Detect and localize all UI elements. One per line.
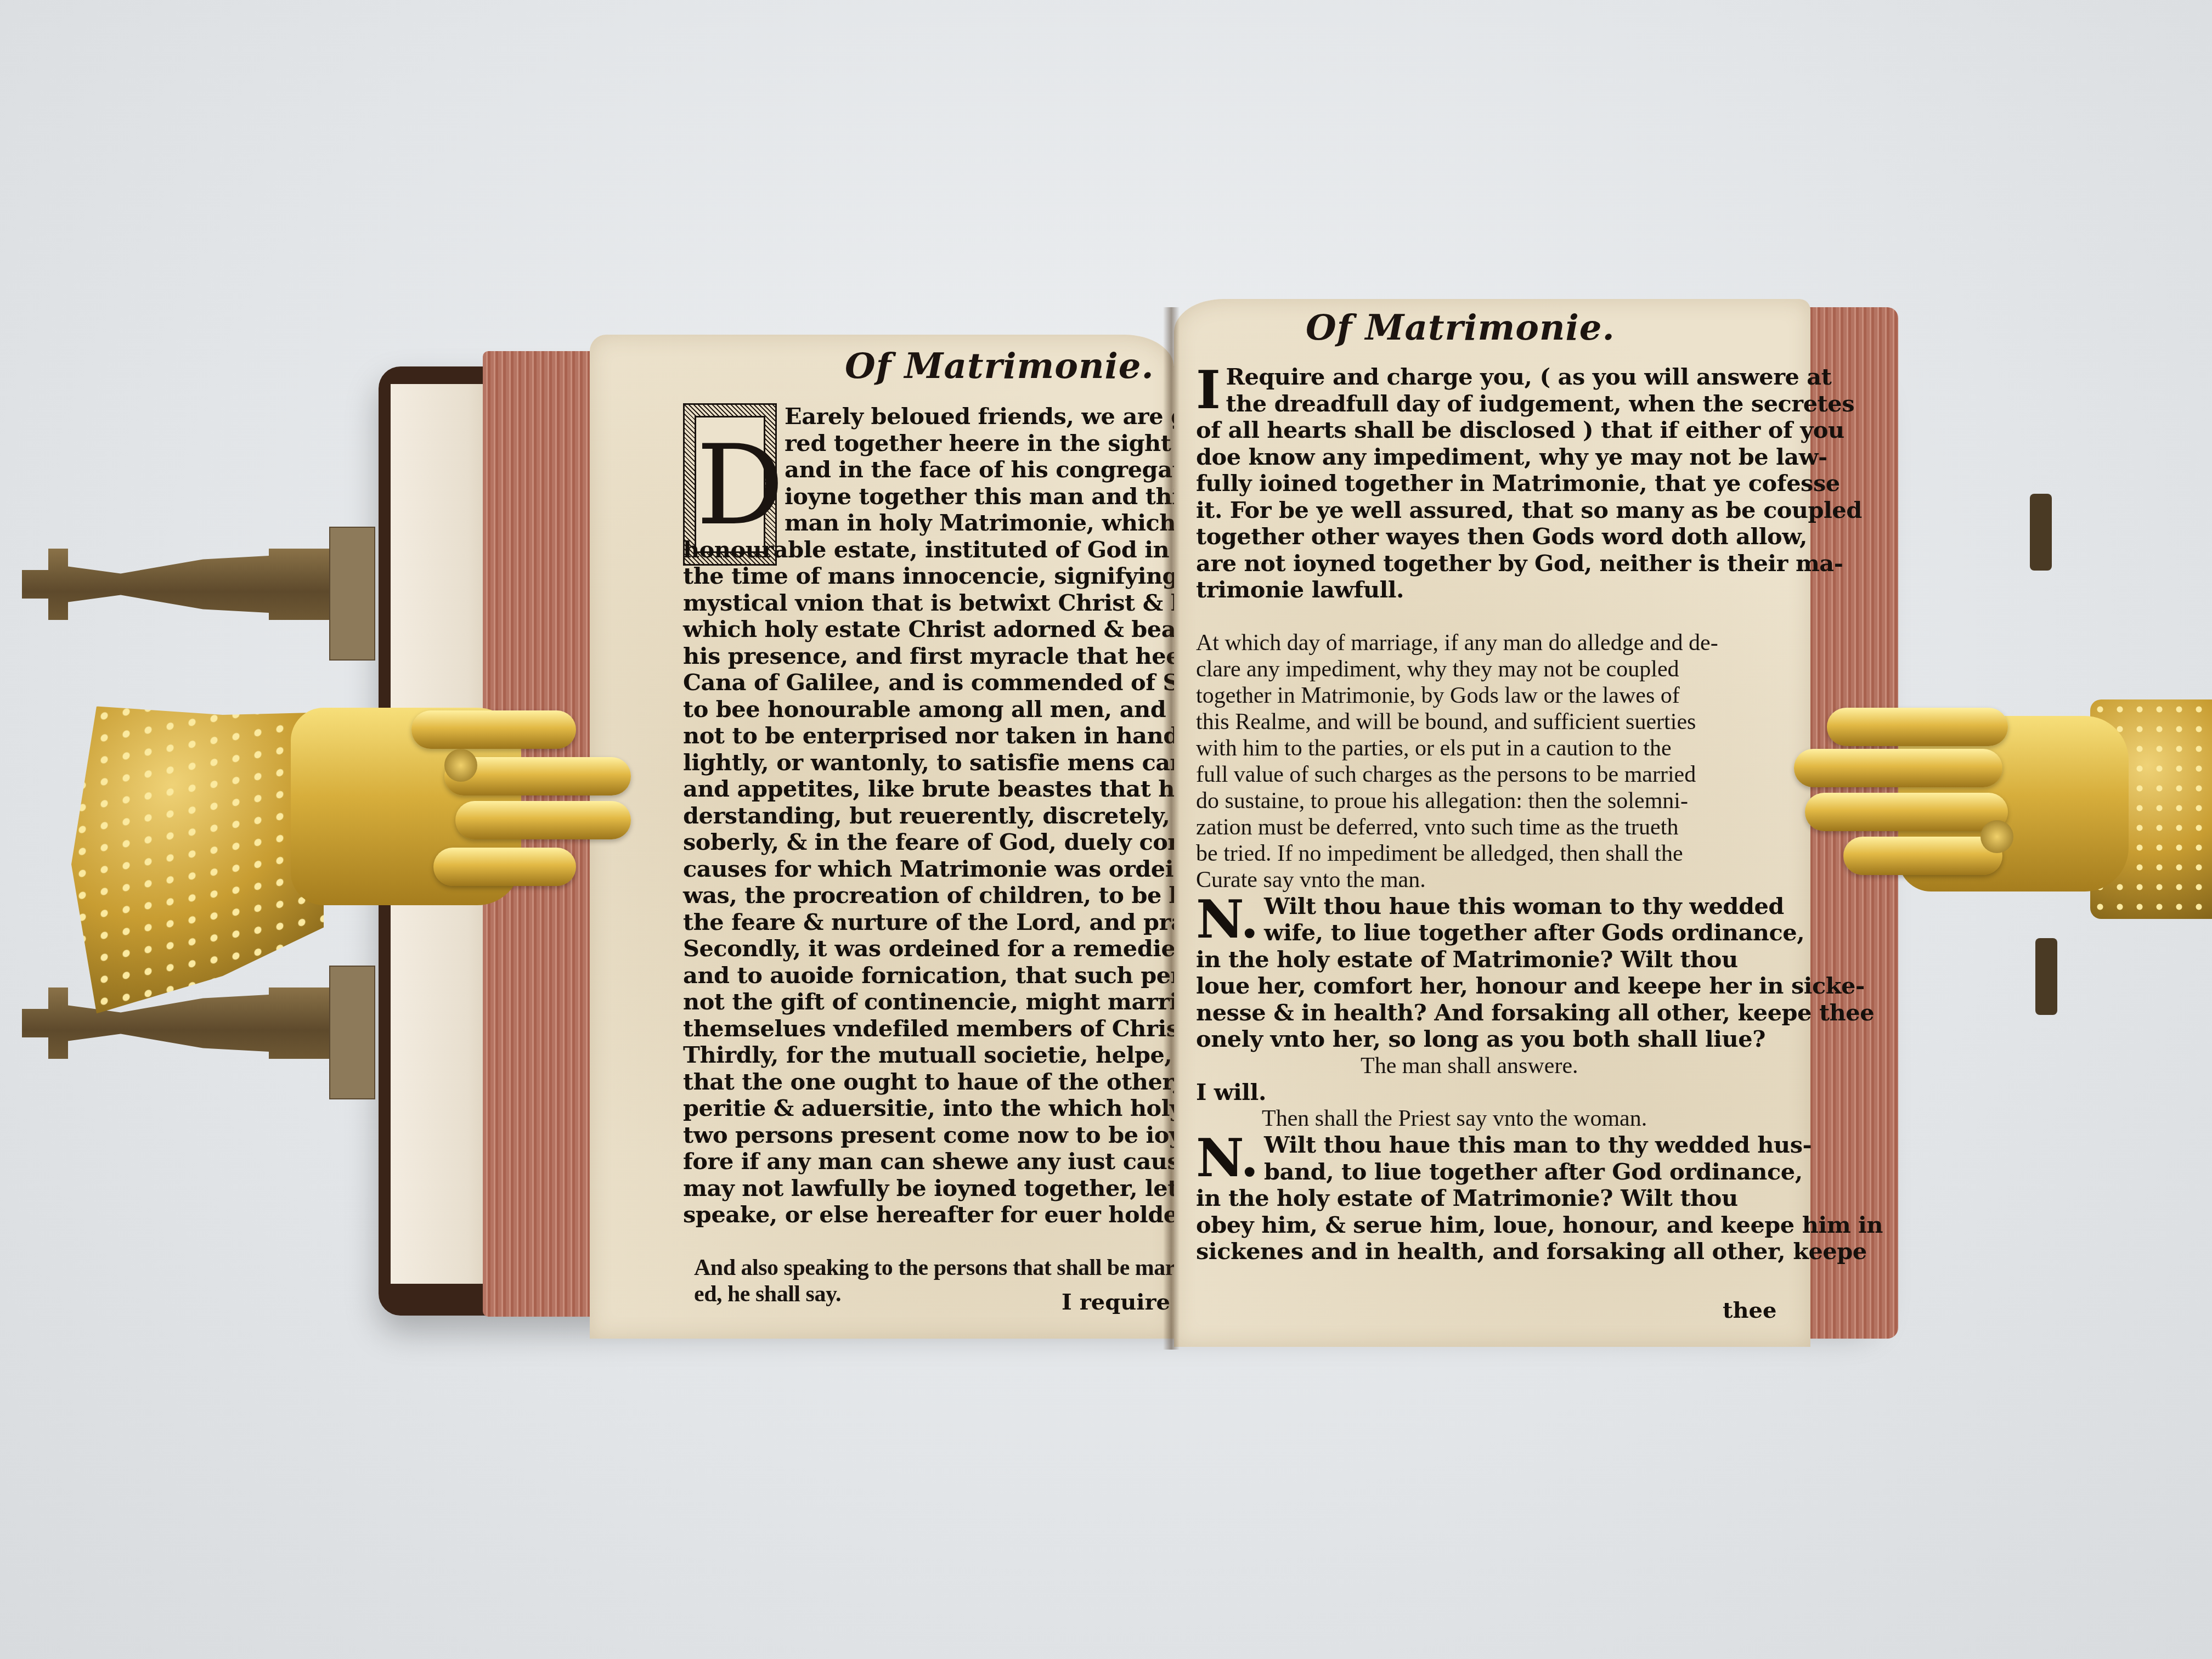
charge-paragraph: I Require and charge you, ( as you will …: [1196, 364, 1883, 603]
text-line: in the holy estate of Matrimonie? Wilt t…: [1196, 1185, 1883, 1212]
text-line: sickenes and in health, and forsaking al…: [1196, 1238, 1883, 1265]
lace-cuff: [71, 666, 324, 1018]
text-line: loue her, comfort her, honour and keepe …: [1196, 973, 1883, 1000]
question-to-woman: N. Wilt thou haue this man to thy wedded…: [1196, 1132, 1883, 1265]
n-initial: N.: [1196, 893, 1259, 946]
answer: I will.: [1196, 1079, 1883, 1106]
ring-icon: [444, 749, 477, 782]
text-line: trimonie lawfull.: [1196, 577, 1883, 603]
text-line: are not ioyned together by God, neither …: [1196, 550, 1883, 577]
running-head-right: Of Matrimonie.: [1306, 307, 1615, 348]
text-line: onely vnto her, so long as you both shal…: [1196, 1026, 1883, 1053]
finger: [1794, 749, 2002, 787]
right-page: Of Matrimonie. I Require and charge you,…: [1174, 299, 1810, 1347]
catchword-right: thee: [1723, 1297, 1776, 1323]
rubric-answer: The man shall answere.: [1196, 1053, 1883, 1079]
text-line: it. For be ye well assured, that so many…: [1196, 497, 1883, 524]
text-line: clare any impediment, why they may not b…: [1196, 656, 1883, 682]
finger: [1843, 837, 2002, 875]
text-line: At which day of marriage, if any man do …: [1196, 630, 1883, 656]
text-line: Wilt thou haue this man to thy wedded hu…: [1196, 1132, 1883, 1159]
finger: [1827, 708, 2008, 746]
text-line: together other wayes then Gods word doth…: [1196, 523, 1883, 550]
text-line: doe know any impediment, why ye may not …: [1196, 444, 1883, 471]
text-line: nesse & in health? And forsaking all oth…: [1196, 1000, 1883, 1026]
text-line: the dreadfull day of iudgement, when the…: [1196, 391, 1883, 417]
photo-scene: Of Matrimonie. D Earely beloued friends,…: [0, 0, 2212, 1659]
finger: [455, 801, 631, 839]
right-brass-hand-weight[interactable]: [1734, 683, 2212, 968]
finger: [1805, 793, 2008, 831]
text-line: band, to liue together after God ordinan…: [1196, 1159, 1883, 1186]
clasp-catch-top: [2030, 494, 2052, 571]
brass-clasp-top: [22, 549, 351, 620]
finger: [411, 710, 576, 749]
gutter-shadow: [1163, 307, 1180, 1350]
catchword-left: I require: [1062, 1289, 1170, 1315]
text-line: of all hearts shall be disclosed ) that …: [1196, 417, 1883, 444]
text-line: obey him, & serue him, loue, honour, and…: [1196, 1212, 1883, 1239]
rubric-priest: Then shall the Priest say vnto the woman…: [1196, 1105, 1883, 1132]
clasp-hinge-top: [329, 527, 375, 661]
text-line: Require and charge you, ( as you will an…: [1196, 364, 1883, 391]
ring-icon: [1980, 820, 2013, 853]
left-brass-hand-weight[interactable]: [60, 689, 691, 1018]
running-head-left: Of Matrimonie.: [845, 346, 1154, 387]
n-initial: N.: [1196, 1132, 1259, 1184]
text-line: fully ioined together in Matrimonie, tha…: [1196, 470, 1883, 497]
finger: [433, 848, 576, 886]
charge-initial: I: [1196, 364, 1220, 416]
